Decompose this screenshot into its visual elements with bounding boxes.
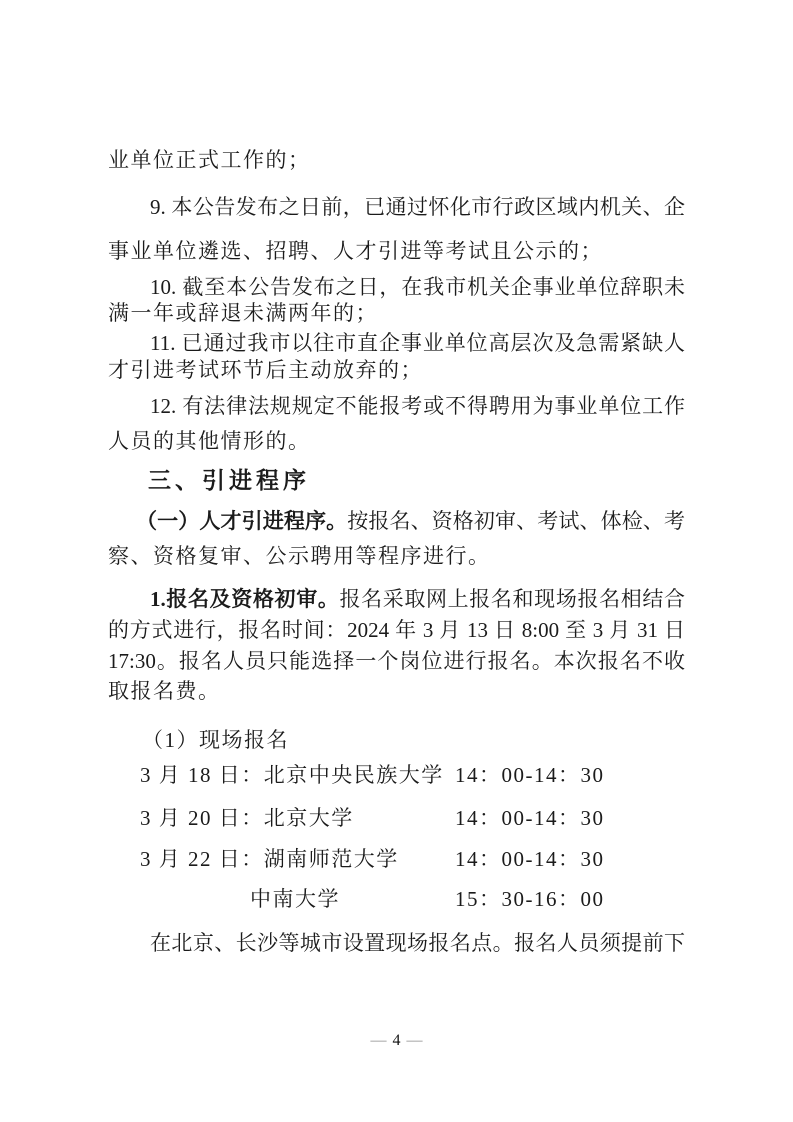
schedule-row-1-place: 北京中央民族大学 (264, 763, 444, 787)
schedule-row-1: 3 月 18 日：北京中央民族大学 14：00-14：30 (140, 760, 685, 790)
schedule-row-4: 中南大学 15：30-16：00 (140, 884, 685, 914)
schedule-row-2: 3 月 20 日：北京大学 14：00-14：30 (140, 803, 685, 833)
list-item-10-line2: 满一年或辞退未满两年的； (108, 298, 685, 328)
schedule-row-3-time: 14：00-14：30 (455, 844, 605, 874)
step1-line4: 取报名费。 (108, 676, 685, 706)
document-page: 业单位正式工作的； 9. 本公告发布之日前，已通过怀化市行政区域内机关、企 事业… (0, 0, 793, 1122)
subsection1-title: （一）人才引进程序。 (136, 509, 347, 533)
step1-text: 报名采取网上报名和现场报名相结合 (339, 587, 685, 611)
list-item-11-line1: 11. 已通过我市以往市直企事业单位高层次及急需紧缺人 (108, 328, 685, 358)
section-heading: 三、引进程序 (108, 464, 685, 496)
page-number-value: 4 (393, 1032, 401, 1049)
step1-line1: 1.报名及资格初审。报名采取网上报名和现场报名相结合 (108, 584, 685, 614)
subsection1-line1: （一）人才引进程序。按报名、资格初审、考试、体检、考 (108, 506, 685, 536)
schedule-row-2-date: 3 月 20 日： (140, 806, 264, 830)
onsite-registration-label: （1）现场报名 (108, 725, 685, 755)
list-item-12-line2: 人员的其他情形的。 (108, 426, 685, 456)
step1-title: 1.报名及资格初审。 (150, 587, 339, 611)
list-item-11-line2: 才引进考试环节后主动放弃的； (108, 355, 685, 385)
schedule-row-3-date: 3 月 22 日： (140, 847, 264, 871)
list-item-9-line2: 事业单位遴选、招聘、人才引进等考试且公示的； (108, 236, 685, 266)
schedule-row-1-time: 14：00-14：30 (455, 760, 605, 790)
subsection1-line2: 察、资格复审、公示聘用等程序进行。 (108, 541, 685, 571)
page-number: —4— (0, 1030, 793, 1052)
list-item-12-line1: 12. 有法律法规规定不能报考或不得聘用为事业单位工作 (108, 391, 685, 421)
schedule-row-4-place: 中南大学 (140, 887, 340, 911)
schedule-row-3: 3 月 22 日：湖南师范大学 14：00-14：30 (140, 844, 685, 874)
schedule-row-2-time: 14：00-14：30 (455, 803, 605, 833)
step1-line3: 17:30。报名人员只能选择一个岗位进行报名。本次报名不收 (108, 646, 685, 676)
page-number-right-dash: — (407, 1032, 423, 1049)
page-number-left-dash: — (371, 1032, 387, 1049)
step1-line2: 的方式进行，报名时间：2024 年 3 月 13 日 8:00 至 3 月 31… (108, 615, 685, 645)
subsection1-text: 按报名、资格初审、考试、体检、考 (347, 509, 685, 533)
schedule-row-2-place: 北京大学 (264, 806, 354, 830)
schedule-row-1-date: 3 月 18 日： (140, 763, 264, 787)
paragraph8-continuation-line: 业单位正式工作的； (108, 145, 685, 175)
schedule-row-3-place: 湖南师范大学 (264, 847, 399, 871)
closing-paragraph-line: 在北京、长沙等城市设置现场报名点。报名人员须提前下 (108, 928, 685, 958)
list-item-9-line1: 9. 本公告发布之日前，已通过怀化市行政区域内机关、企 (108, 192, 685, 222)
schedule-row-4-time: 15：30-16：00 (455, 884, 605, 914)
